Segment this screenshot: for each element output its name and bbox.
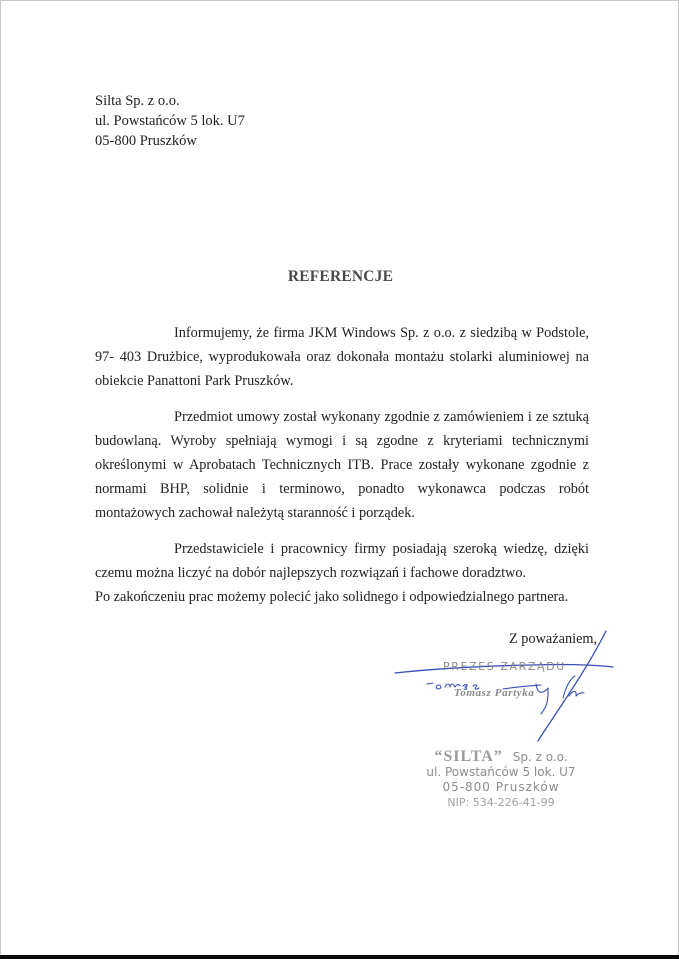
- paragraph-2: Przedmiot umowy został wykonany zgodnie …: [95, 405, 589, 525]
- sender-city: 05-800 Pruszków: [95, 131, 245, 151]
- stamp-brand-suffix: Sp. z o.o.: [513, 750, 568, 764]
- stamp-address: ul. Powstańców 5 lok. U7: [421, 765, 581, 780]
- signature-icon: [391, 626, 621, 746]
- paragraph-3-last: Po zakończeniu prac możemy polecić jako …: [95, 585, 589, 609]
- stamp-city: 05-800 Pruszków: [421, 780, 581, 795]
- paragraph-1: Informujemy, że firma JKM Windows Sp. z …: [95, 321, 589, 393]
- reference-letter-page: Silta Sp. z o.o. ul. Powstańców 5 lok. U…: [0, 0, 679, 955]
- page-bottom-edge: [0, 955, 679, 959]
- signatory-name-stamp: Tomasz Partyka: [454, 687, 534, 699]
- stamp-brand-line: “SILTA”Sp. z o.o.: [421, 749, 581, 765]
- document-title: REFERENCJE: [1, 268, 679, 286]
- paragraph-3: Przedstawiciele i pracownicy firmy posia…: [95, 537, 589, 609]
- sender-street: ul. Powstańców 5 lok. U7: [95, 111, 245, 131]
- sender-company: Silta Sp. z o.o.: [95, 91, 245, 111]
- company-stamp: “SILTA”Sp. z o.o. ul. Powstańców 5 lok. …: [421, 749, 581, 810]
- sender-address: Silta Sp. z o.o. ul. Powstańców 5 lok. U…: [95, 91, 245, 151]
- letter-body: Informujemy, że firma JKM Windows Sp. z …: [95, 321, 589, 621]
- stamp-brand: “SILTA”: [434, 748, 502, 765]
- paragraph-3-main: Przedstawiciele i pracownicy firmy posia…: [95, 541, 589, 581]
- role-stamp: PREZES ZARZĄDU: [443, 660, 566, 673]
- stamp-nip: NIP: 534-226-41-99: [421, 795, 581, 810]
